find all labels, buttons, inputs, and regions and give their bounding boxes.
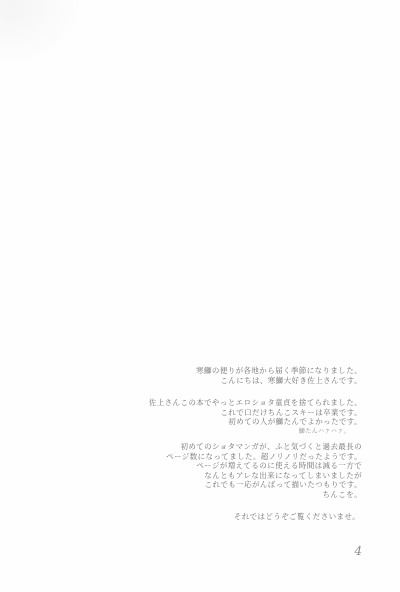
scan-smudge-artifact (0, 0, 90, 70)
page-number: 4 (354, 544, 362, 558)
afterword-line: これでも一応がんばって描いたつもりです。 (149, 480, 362, 490)
afterword-line: こんにちは、寒鰤大好き佐上さんです。 (149, 376, 362, 386)
afterword-line: 寒鰤の便りが各地から届く季節になりました。 (149, 366, 362, 376)
afterword-closing-line: それではどうぞご覧くださいませ。 (149, 512, 362, 522)
afterword-main-paragraph: 佐上さんこの本でやっとエロショタ童貞を捨てられました。 これで口だけちんこスキー… (149, 398, 362, 427)
afterword-text-block: 寒鰤の便りが各地から届く季節になりました。 こんにちは、寒鰤大好き佐上さんです。… (149, 366, 362, 522)
afterword-line: 佐上さんこの本でやっとエロショタ童貞を捨てられました。 (149, 398, 362, 408)
afterword-line: 初めてのショタマンガが、ふと気づくと過去最長の (149, 442, 362, 452)
afterword-line: ページ数になってました。超ノリノリだったようです。 (149, 452, 362, 462)
afterword-line: ちんこを。 (149, 490, 362, 500)
afterword-line: これで口だけちんこスキーは卒業です。 (149, 408, 362, 418)
afterword-production-paragraph: 初めてのショタマンガが、ふと気づくと過去最長の ページ数になってました。超ノリノ… (149, 442, 362, 500)
afterword-small-aside: 鰤たんハァハァ。 (149, 427, 362, 436)
afterword-line: 初めての人が鰤たんでよかったです。 (149, 417, 362, 427)
afterword-greeting-paragraph: 寒鰤の便りが各地から届く季節になりました。 こんにちは、寒鰤大好き佐上さんです。 (149, 366, 362, 386)
afterword-line: ページが増えてるのに使える時間は減る一方で (149, 461, 362, 471)
